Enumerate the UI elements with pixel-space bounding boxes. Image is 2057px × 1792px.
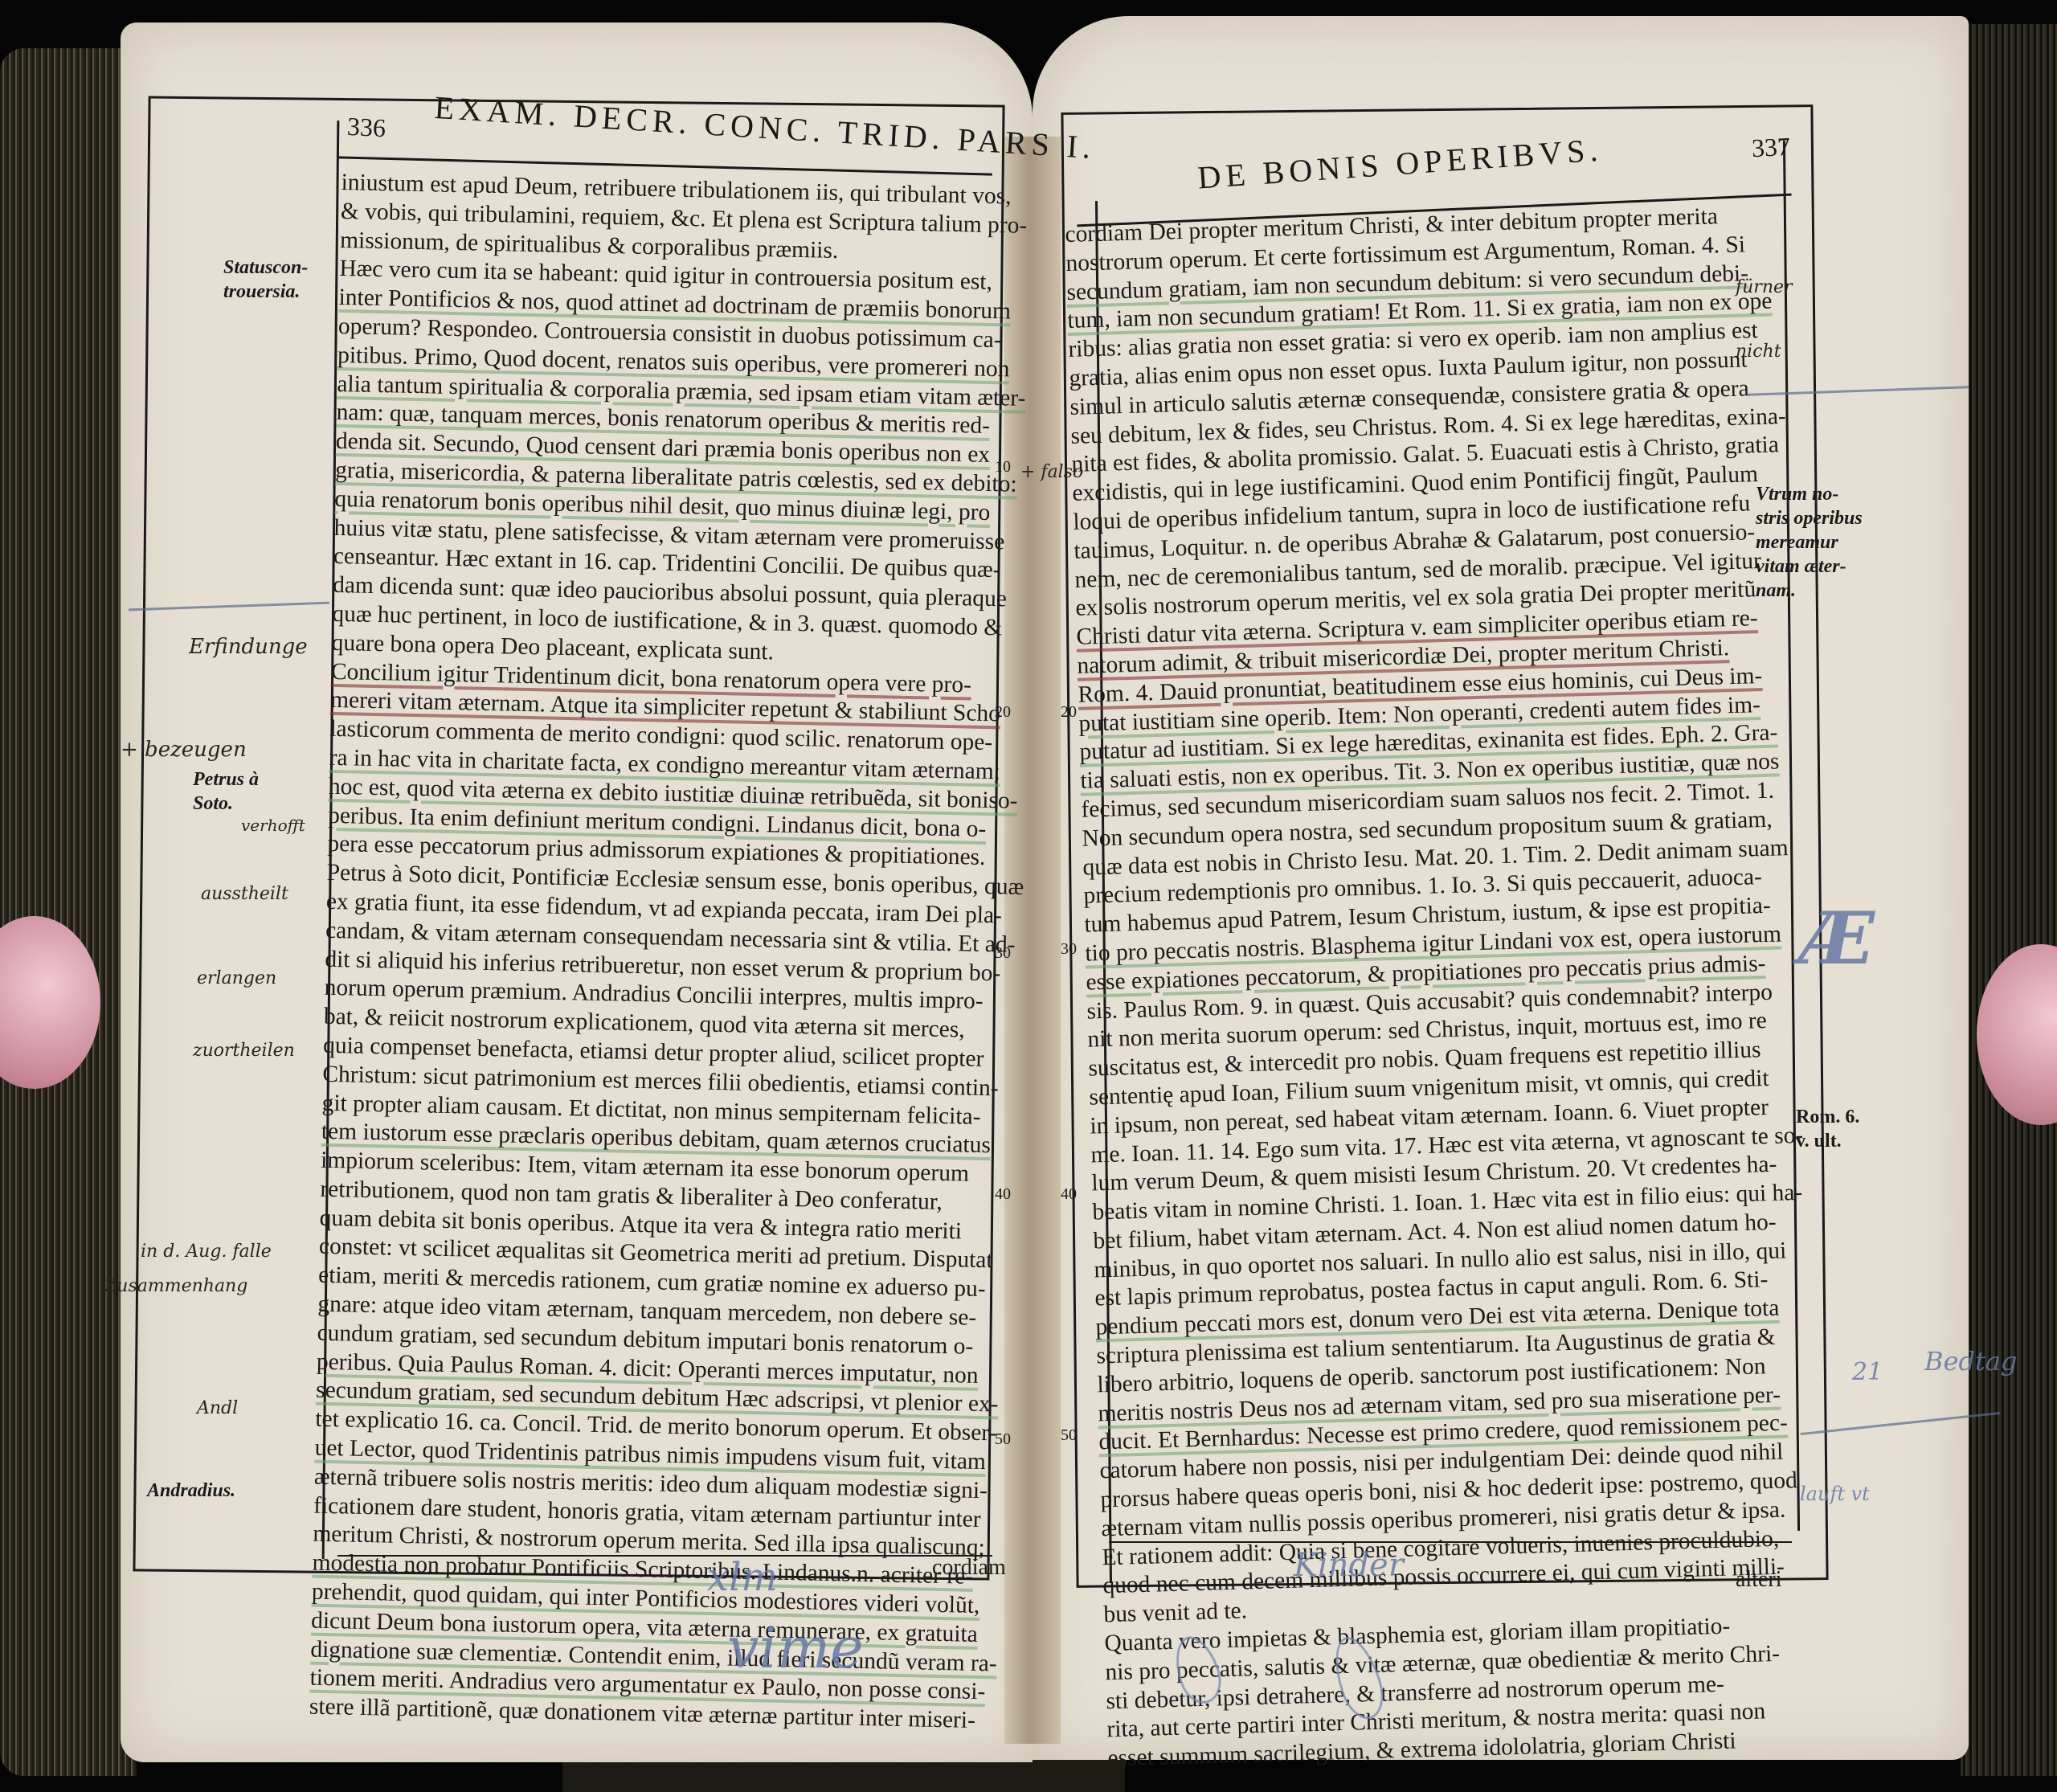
left-line-number-30: 30: [995, 944, 1011, 963]
pencil-note-xlm: xlm: [707, 1555, 778, 1600]
gloss-utrum-nostris: Vtrum no- stris operibus mereamur vitam …: [1756, 482, 1863, 603]
gloss-status-controversiae: Statuscon- trouersia.: [223, 256, 308, 304]
pencil-note-kinder: Kinder: [1294, 1547, 1404, 1584]
pencil-note-bedtag: Bedtag: [1924, 1346, 2017, 1377]
handnote-furner: fürner: [1736, 277, 1793, 297]
pencil-note-lauft: lauft vt: [1800, 1483, 1870, 1505]
right-catchword: alteri: [1736, 1567, 1782, 1593]
left-line-number-20: 20: [995, 703, 1011, 722]
left-catchword: cordiam: [932, 1555, 1006, 1581]
left-line-number-10: 10: [995, 458, 1011, 477]
gloss-rom-6: Rom. 6. v. ult.: [1796, 1105, 1859, 1153]
left-body-text: iniustum est apud Deum, retribuere tribu…: [309, 169, 1039, 1737]
pencil-initial-ae: Æ: [1800, 896, 1875, 981]
handnote-verhofft: verhofft: [241, 816, 305, 835]
gloss-andradius: Andradius.: [147, 1479, 235, 1503]
left-page-number: 336: [346, 112, 386, 143]
handnote-zusammenhang: Zusammenhang: [104, 1276, 247, 1296]
handnote-in-d-aug: in d. Aug. falle: [141, 1242, 272, 1262]
right-body-text: cordiam Dei propter meritum Christi, & i…: [1065, 201, 1823, 1774]
pencil-note-vime: vime: [727, 1615, 864, 1681]
right-line-number-50: 50: [1061, 1426, 1077, 1445]
handnote-erfindunge: Erfindunge: [189, 635, 308, 659]
pencil-note-21: 21: [1852, 1358, 1883, 1386]
handnote-falso: + falso: [1020, 462, 1083, 482]
handnote-nicht: nicht: [1736, 342, 1781, 362]
right-page-number: 337: [1751, 132, 1791, 163]
right-line-number-20: 20: [1061, 703, 1077, 722]
handnote-bezeugen: + bezeugen: [121, 738, 247, 762]
page-edges-right: [1961, 24, 2057, 1776]
gloss-petrus-a-soto: Petrus à Soto.: [193, 767, 259, 816]
page-edges-left: [0, 48, 137, 1776]
right-line-number-40: 40: [1061, 1185, 1077, 1204]
right-line-number-30: 30: [1061, 940, 1077, 959]
handnote-ausstheilt: ausstheilt: [201, 884, 288, 904]
handnote-erlangen: erlangen: [197, 968, 276, 988]
handnote-andl: Andl: [197, 1398, 238, 1418]
left-line-number-50: 50: [995, 1430, 1011, 1449]
handnote-zuortheilen: zuortheilen: [193, 1041, 295, 1061]
left-line-number-40: 40: [995, 1185, 1011, 1204]
